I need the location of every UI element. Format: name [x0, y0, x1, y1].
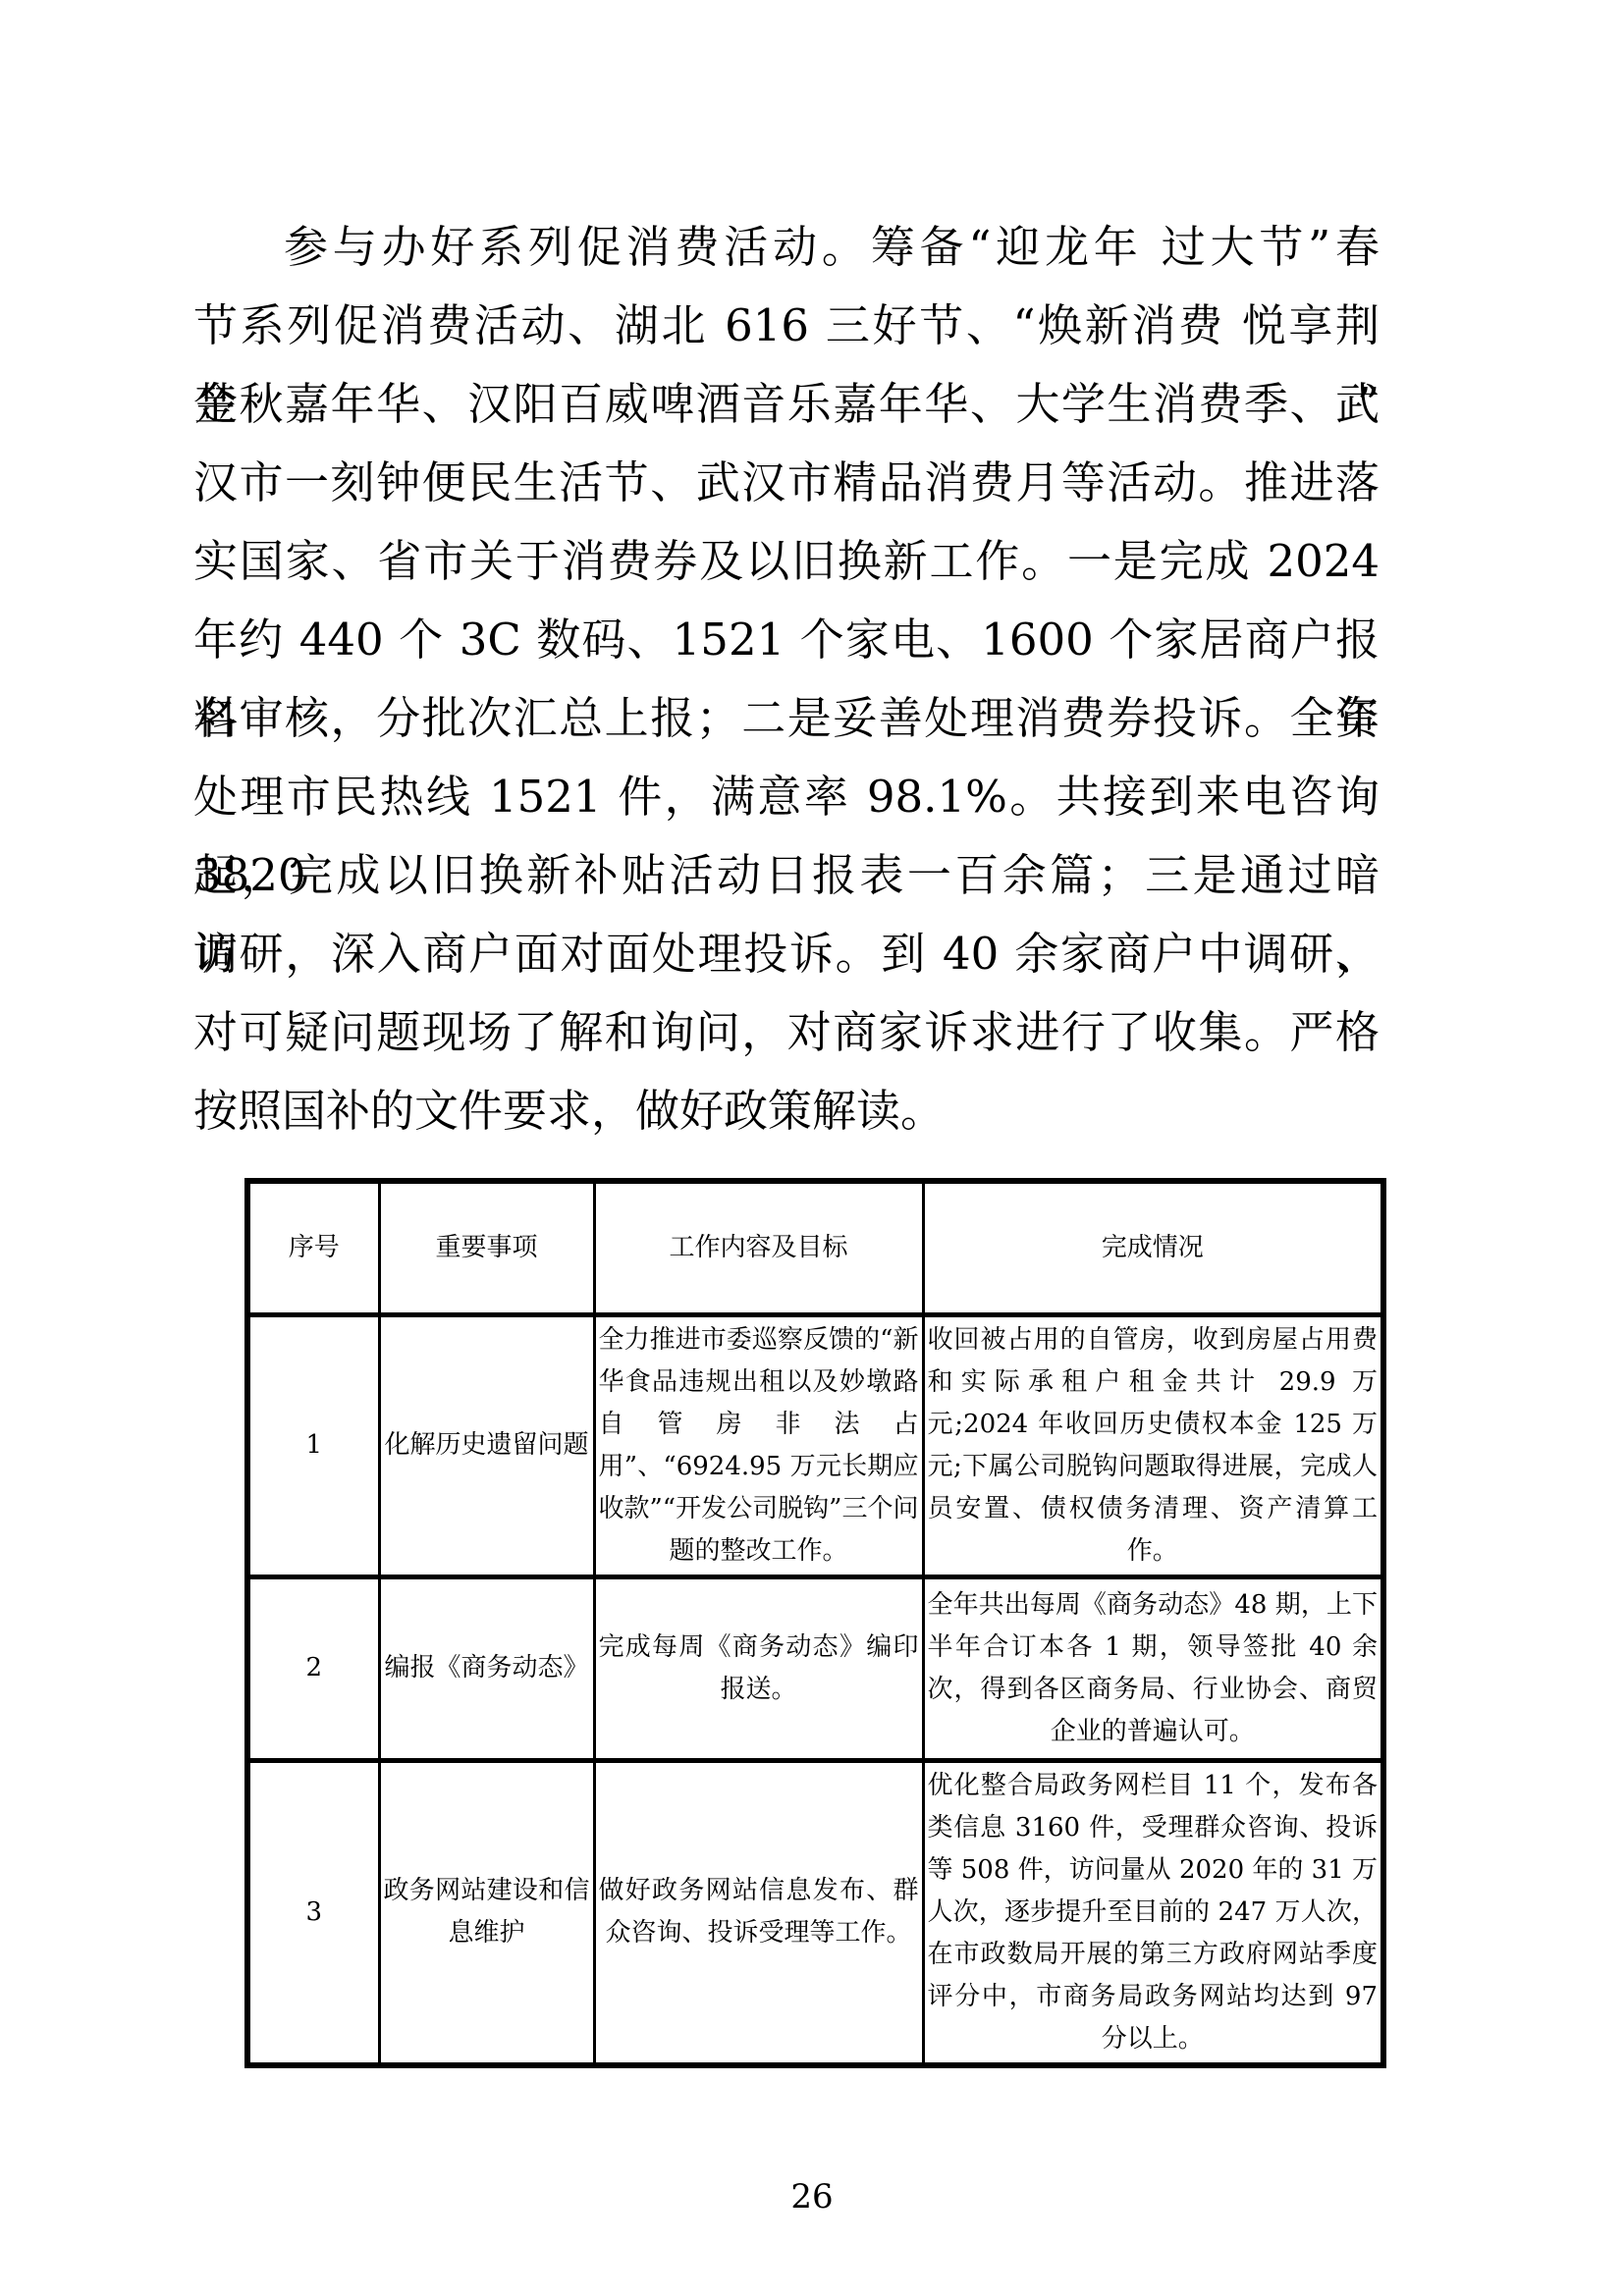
paragraph-line: 参与办好系列促消费活动。筹备“迎龙年 过大节”春	[193, 208, 1380, 287]
paragraph-line: 处理市民热线 1521 件，满意率 98.1%。共接到来电咨询 3820	[193, 758, 1380, 836]
paragraph-line: 料审核，分批次汇总上报；二是妥善处理消费券投诉。全年	[193, 679, 1380, 758]
document-page: 参与办好系列促消费活动。筹备“迎龙年 过大节”春 节系列促消费活动、湖北 616…	[0, 0, 1624, 2296]
paragraph-line: 金秋嘉年华、汉阳百威啤酒音乐嘉年华、大学生消费季、武	[193, 365, 1380, 444]
table-cell-content: 全力推进市委巡察反馈的“新华食品违规出租以及妙墩路自管房非法占用”、“6924.…	[594, 1314, 923, 1576]
paragraph-line: 实国家、省市关于消费券及以旧换新工作。一是完成 2024	[193, 522, 1380, 601]
table-cell-seq: 3	[247, 1760, 379, 2065]
table-row: 3 政务网站建设和信息维护 做好政务网站信息发布、群众咨询、投诉受理等工作。 优…	[247, 1760, 1383, 2065]
paragraph-line: 对可疑问题现场了解和询问，对商家诉求进行了收集。严格	[193, 993, 1380, 1072]
table-cell-item: 编报《商务动态》	[379, 1576, 594, 1760]
table-cell-status: 优化整合局政务网栏目 11 个，发布各类信息 3160 件，受理群众咨询、投诉等…	[923, 1760, 1383, 2065]
work-items-table: 序号 重要事项 工作内容及目标 完成情况 1 化解历史遗留问题 全力推进市委巡察…	[244, 1178, 1386, 2068]
table-cell-seq: 1	[247, 1314, 379, 1576]
table-row: 2 编报《商务动态》 完成每周《商务动态》编印报送。 全年共出每周《商务动态》4…	[247, 1576, 1383, 1760]
table-header-row: 序号 重要事项 工作内容及目标 完成情况	[247, 1181, 1383, 1314]
table-cell-status: 收回被占用的自管房，收到房屋占用费和实际承租户租金共计 29.9 万元;2024…	[923, 1314, 1383, 1576]
paragraph-line: 节系列促消费活动、湖北 616 三好节、“焕新消费 悦享荆楚”	[193, 287, 1380, 365]
paragraph-line: 按照国补的文件要求，做好政策解读。	[193, 1072, 1380, 1150]
paragraph-line: 调研，深入商户面对面处理投诉。到 40 余家商户中调研，	[193, 915, 1380, 993]
table-header-item: 重要事项	[379, 1181, 594, 1314]
paragraph-line: 年约 440 个 3C 数码、1521 个家电、1600 个家居商户报名资	[193, 601, 1380, 679]
paragraph-line: 起，完成以旧换新补贴活动日报表一百余篇；三是通过暗访、	[193, 836, 1380, 915]
table-header-content: 工作内容及目标	[594, 1181, 923, 1314]
table-cell-content: 做好政务网站信息发布、群众咨询、投诉受理等工作。	[594, 1760, 923, 2065]
body-paragraph: 参与办好系列促消费活动。筹备“迎龙年 过大节”春 节系列促消费活动、湖北 616…	[193, 208, 1380, 1150]
table-header-status: 完成情况	[923, 1181, 1383, 1314]
table-cell-status: 全年共出每周《商务动态》48 期，上下半年合订本各 1 期，领导签批 40 余次…	[923, 1576, 1383, 1760]
table-header-seq: 序号	[247, 1181, 379, 1314]
table-row: 1 化解历史遗留问题 全力推进市委巡察反馈的“新华食品违规出租以及妙墩路自管房非…	[247, 1314, 1383, 1576]
table-cell-content: 完成每周《商务动态》编印报送。	[594, 1576, 923, 1760]
table-cell-seq: 2	[247, 1576, 379, 1760]
table-cell-item: 化解历史遗留问题	[379, 1314, 594, 1576]
paragraph-line: 汉市一刻钟便民生活节、武汉市精品消费月等活动。推进落	[193, 444, 1380, 522]
page-number: 26	[0, 2177, 1624, 2216]
table-cell-item: 政务网站建设和信息维护	[379, 1760, 594, 2065]
